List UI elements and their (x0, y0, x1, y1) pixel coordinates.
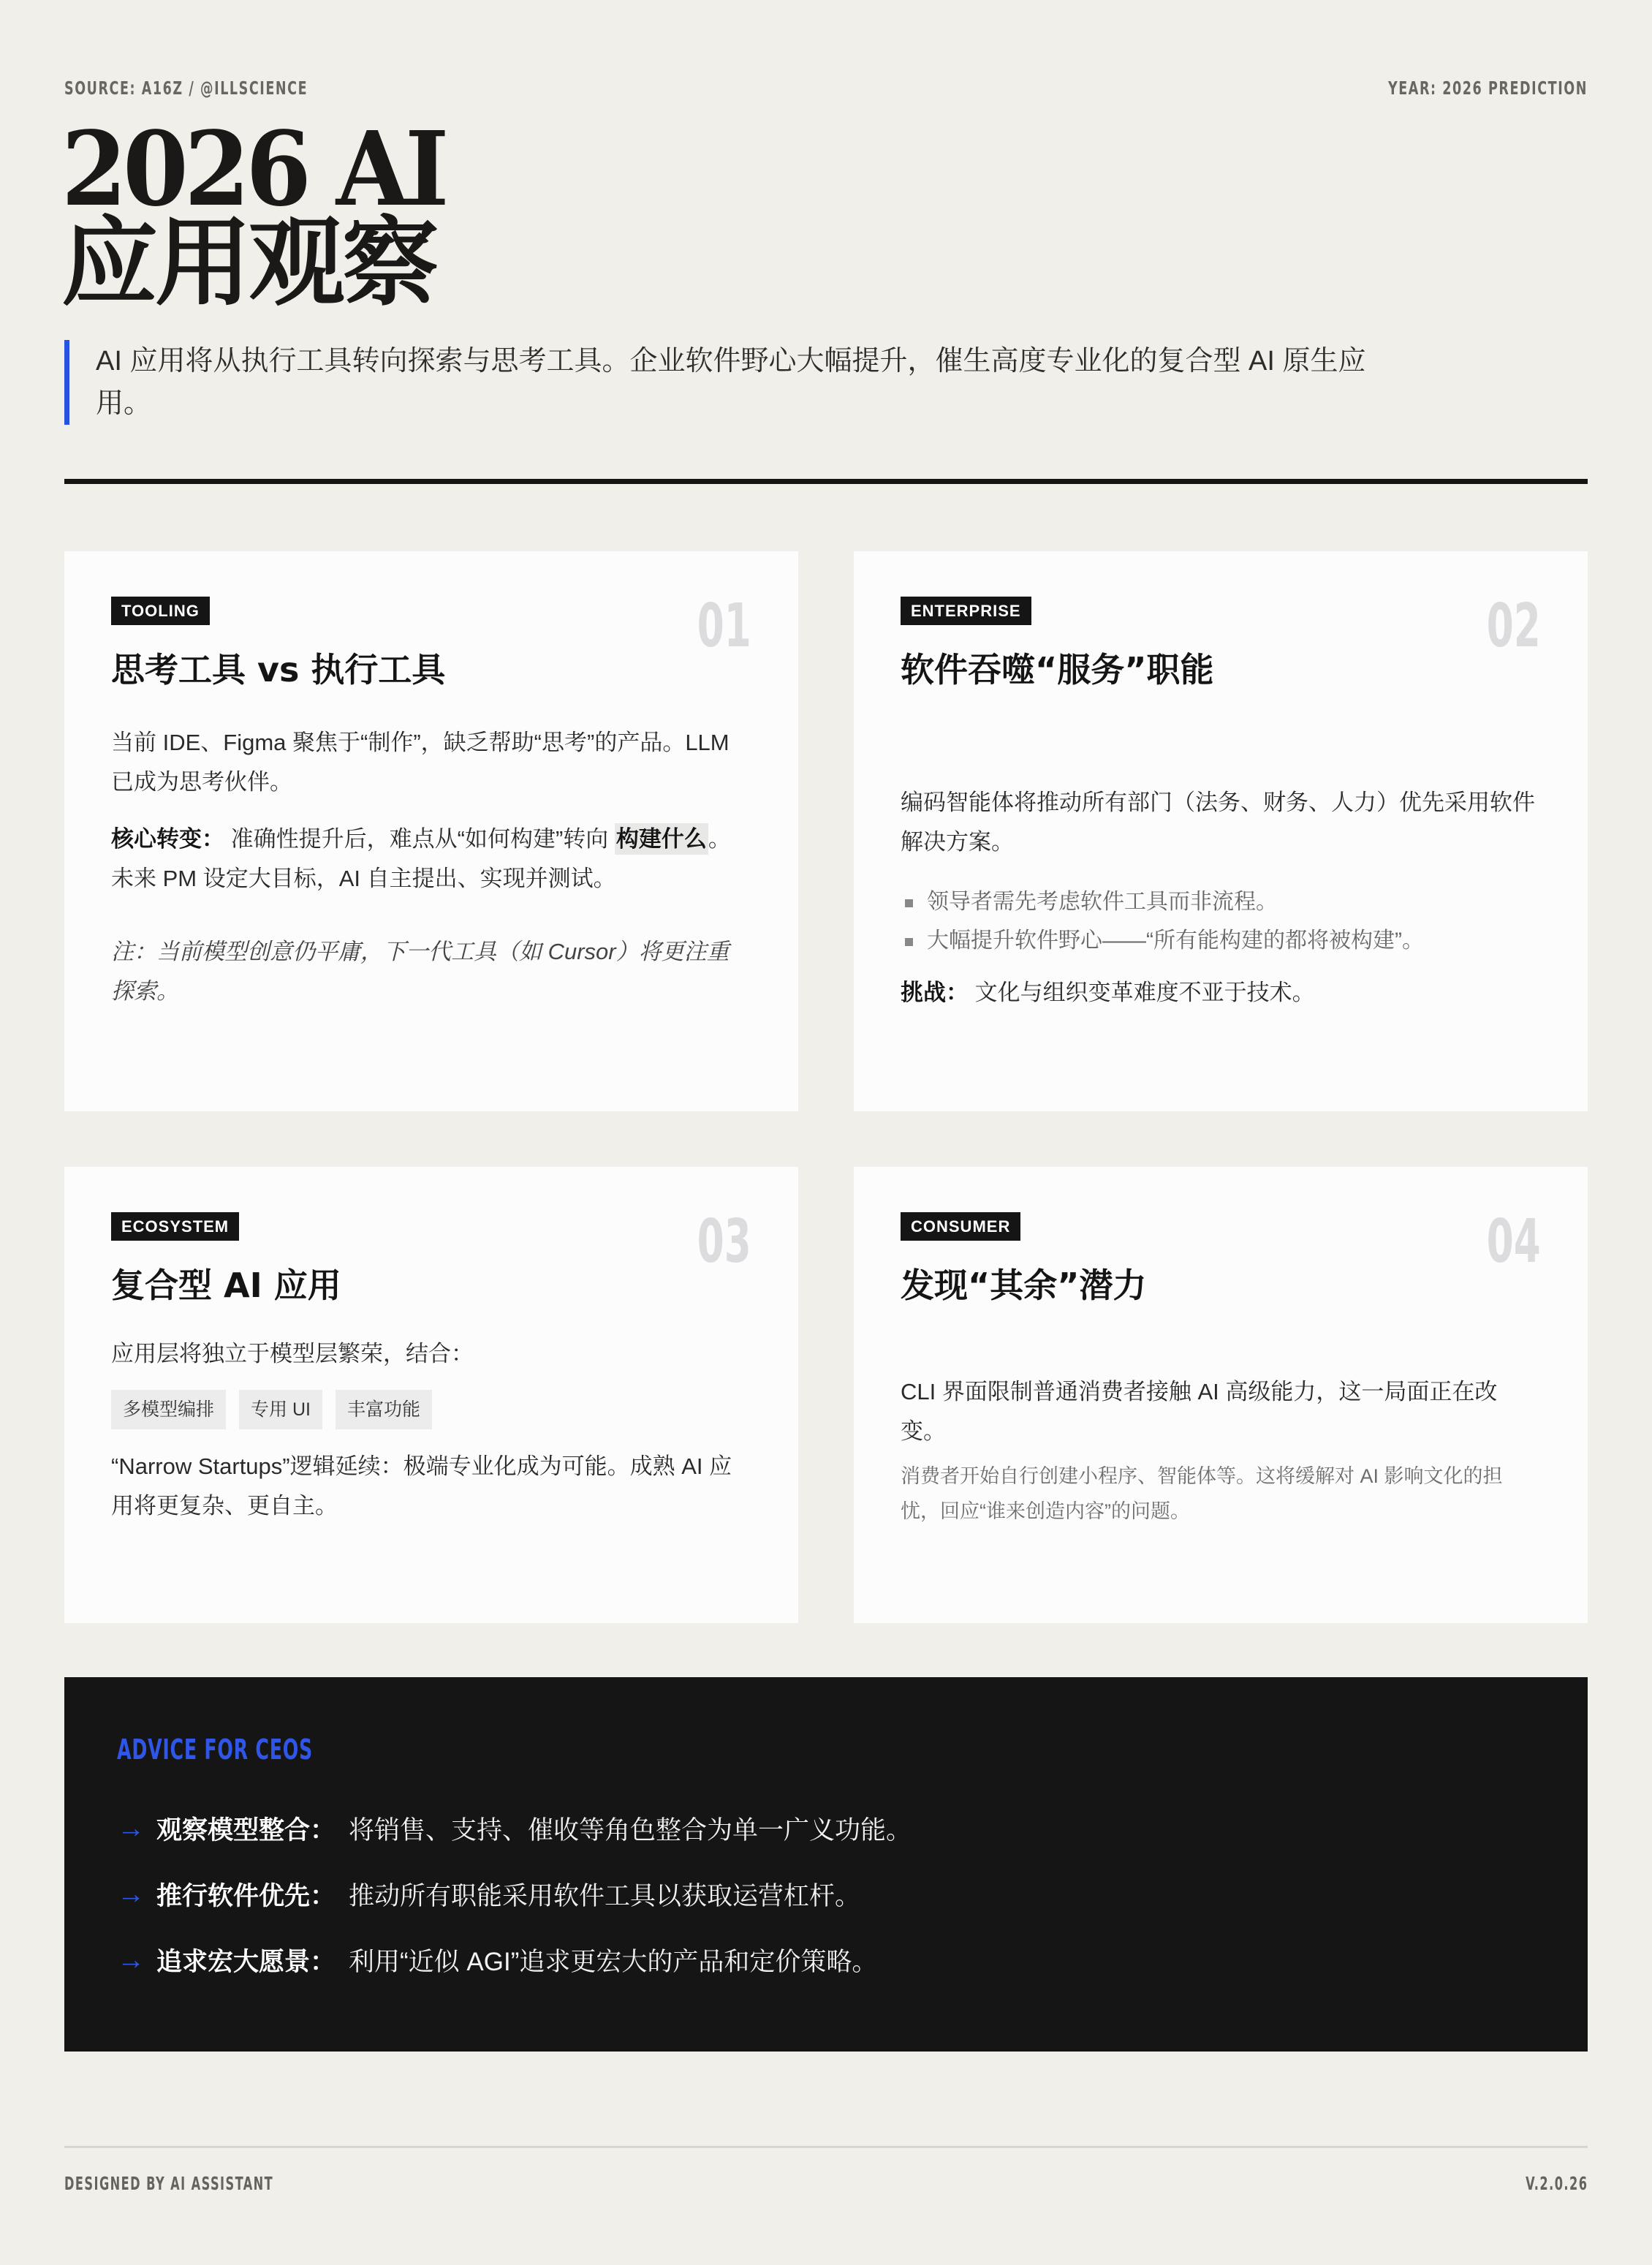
meta-row: SOURCE: A16Z / @ILLSCIENCE YEAR: 2026 PR… (64, 77, 1588, 99)
card-paragraph: 编码智能体将推动所有部门（法务、财务、人力）优先采用软件解决方案。 (901, 783, 1541, 862)
challenge-text: 文化与组织变革难度不亚于技术。 (975, 980, 1315, 1005)
card-tooling: TOOLING 01 思考工具 vs 执行工具 当前 IDE、Figma 聚焦于… (64, 551, 798, 1111)
advice-panel: ADVICE FOR CEOS → 观察模型整合： 将销售、支持、催收等角色整合… (64, 1677, 1588, 2052)
advice-item-text: 将销售、支持、催收等角色整合为单一广义功能。 (349, 1810, 912, 1847)
advice-item-label: 观察模型整合： (156, 1810, 336, 1847)
card-paragraph-2: “Narrow Startups”逻辑延续：极端专业化成为可能。成熟 AI 应用… (111, 1447, 751, 1526)
card-title: 软件吞噬“服务”职能 (901, 644, 1237, 695)
infographic-page: SOURCE: A16Z / @ILLSCIENCE YEAR: 2026 PR… (64, 0, 1588, 2265)
card-title: 复合型 AI 应用 (111, 1260, 447, 1311)
card-tag: ECOSYSTEM (111, 1212, 239, 1241)
core-shift-highlight: 构建什么 (615, 823, 708, 855)
page-title: 2026 AI 应用观察 (61, 123, 479, 310)
advice-item: → 追求宏大愿景： 利用“近似 AGI”追求更宏大的产品和定价策略。 (117, 1927, 1535, 1993)
page-subtitle: AI 应用将从执行工具转向探索与思考工具。企业软件野心大幅提升，催生高度专业化的… (64, 340, 1380, 425)
advice-list: → 观察模型整合： 将销售、支持、催收等角色整合为单一广义功能。 → 推行软件优… (117, 1796, 1535, 1993)
core-shift-text: 准确性提升后，难点从“如何构建”转向 (231, 826, 609, 852)
card-note: 注：当前模型创意仍平庸，下一代工具（如 Cursor）将更注重探索。 (111, 932, 751, 1011)
card-tag: TOOLING (111, 597, 210, 625)
card-core-shift: 核心转变： 准确性提升后，难点从“如何构建”转向 构建什么。未来 PM 设定大目… (111, 820, 751, 899)
card-consumer: CONSUMER 04 发现“其余”潜力 CLI 界面限制普通消费者接触 AI … (854, 1167, 1588, 1623)
footer-divider (64, 2146, 1588, 2148)
advice-item-label: 推行软件优先： (156, 1876, 336, 1913)
core-shift-label: 核心转变： (111, 826, 224, 852)
footer-version: V.2.0.26 (1526, 2173, 1588, 2194)
card-title: 思考工具 vs 执行工具 (111, 644, 447, 695)
card-paragraph: 应用层将独立于模型层繁荣，结合： (111, 1334, 751, 1374)
chip-multi-model: 多模型编排 (111, 1390, 226, 1429)
chip-dedicated-ui: 专用 UI (239, 1390, 322, 1429)
card-number: 03 (697, 1209, 751, 1275)
bullet-item: 领导者需先考虑软件工具而非流程。 (901, 882, 1541, 921)
page-title-line2: 应用观察 (61, 216, 479, 310)
square-bullet-icon (905, 938, 913, 946)
card-ecosystem: ECOSYSTEM 03 复合型 AI 应用 应用层将独立于模型层繁荣，结合： … (64, 1167, 798, 1623)
card-title: 发现“其余”潜力 (901, 1260, 1237, 1311)
arrow-right-icon: → (117, 1945, 156, 1976)
header-divider (64, 479, 1588, 484)
card-tag: CONSUMER (901, 1212, 1020, 1241)
card-paragraph: CLI 界面限制普通消费者接触 AI 高级能力，这一局面正在改变。 (901, 1372, 1541, 1451)
year-label: YEAR: 2026 PREDICTION (1388, 77, 1588, 99)
card-number: 04 (1487, 1209, 1541, 1275)
card-paragraph: 当前 IDE、Figma 聚焦于“制作”，缺乏帮助“思考”的产品。LLM 已成为… (111, 723, 751, 802)
page-title-line1: 2026 AI (61, 123, 445, 216)
footer: DESIGNED BY AI ASSISTANT V.2.0.26 (64, 2173, 1588, 2194)
challenge-label: 挑战： (901, 980, 969, 1005)
footer-credit: DESIGNED BY AI ASSISTANT (64, 2173, 273, 2194)
card-number: 01 (697, 594, 751, 659)
bullet-item: 大幅提升软件野心——“所有能构建的都将被构建”。 (901, 921, 1541, 960)
arrow-right-icon: → (117, 1813, 156, 1845)
card-tag: ENTERPRISE (901, 597, 1031, 625)
card-enterprise: ENTERPRISE 02 软件吞噬“服务”职能 编码智能体将推动所有部门（法务… (854, 551, 1588, 1111)
advice-heading: ADVICE FOR CEOS (117, 1731, 313, 1768)
card-paragraph-2: 消费者开始自行创建小程序、智能体等。这将缓解对 AI 影响文化的担忧，回应“谁来… (901, 1459, 1541, 1529)
advice-item: → 观察模型整合： 将销售、支持、催收等角色整合为单一广义功能。 (117, 1796, 1535, 1861)
advice-item-text: 推动所有职能采用软件工具以获取运营杠杆。 (349, 1876, 860, 1913)
square-bullet-icon (905, 899, 913, 907)
card-bullet-list: 领导者需先考虑软件工具而非流程。 大幅提升软件野心——“所有能构建的都将被构建”… (901, 882, 1541, 960)
arrow-right-icon: → (117, 1879, 156, 1910)
card-number: 02 (1487, 594, 1541, 659)
chip-group: 多模型编排 专用 UI 丰富功能 (111, 1390, 751, 1429)
chip-rich-features: 丰富功能 (336, 1390, 432, 1429)
advice-item-label: 追求宏大愿景： (156, 1942, 336, 1978)
source-label: SOURCE: A16Z / @ILLSCIENCE (64, 77, 308, 99)
advice-item-text: 利用“近似 AGI”追求更宏大的产品和定价策略。 (349, 1942, 877, 1978)
card-challenge: 挑战： 文化与组织变革难度不亚于技术。 (901, 973, 1541, 1013)
advice-item: → 推行软件优先： 推动所有职能采用软件工具以获取运营杠杆。 (117, 1861, 1535, 1927)
